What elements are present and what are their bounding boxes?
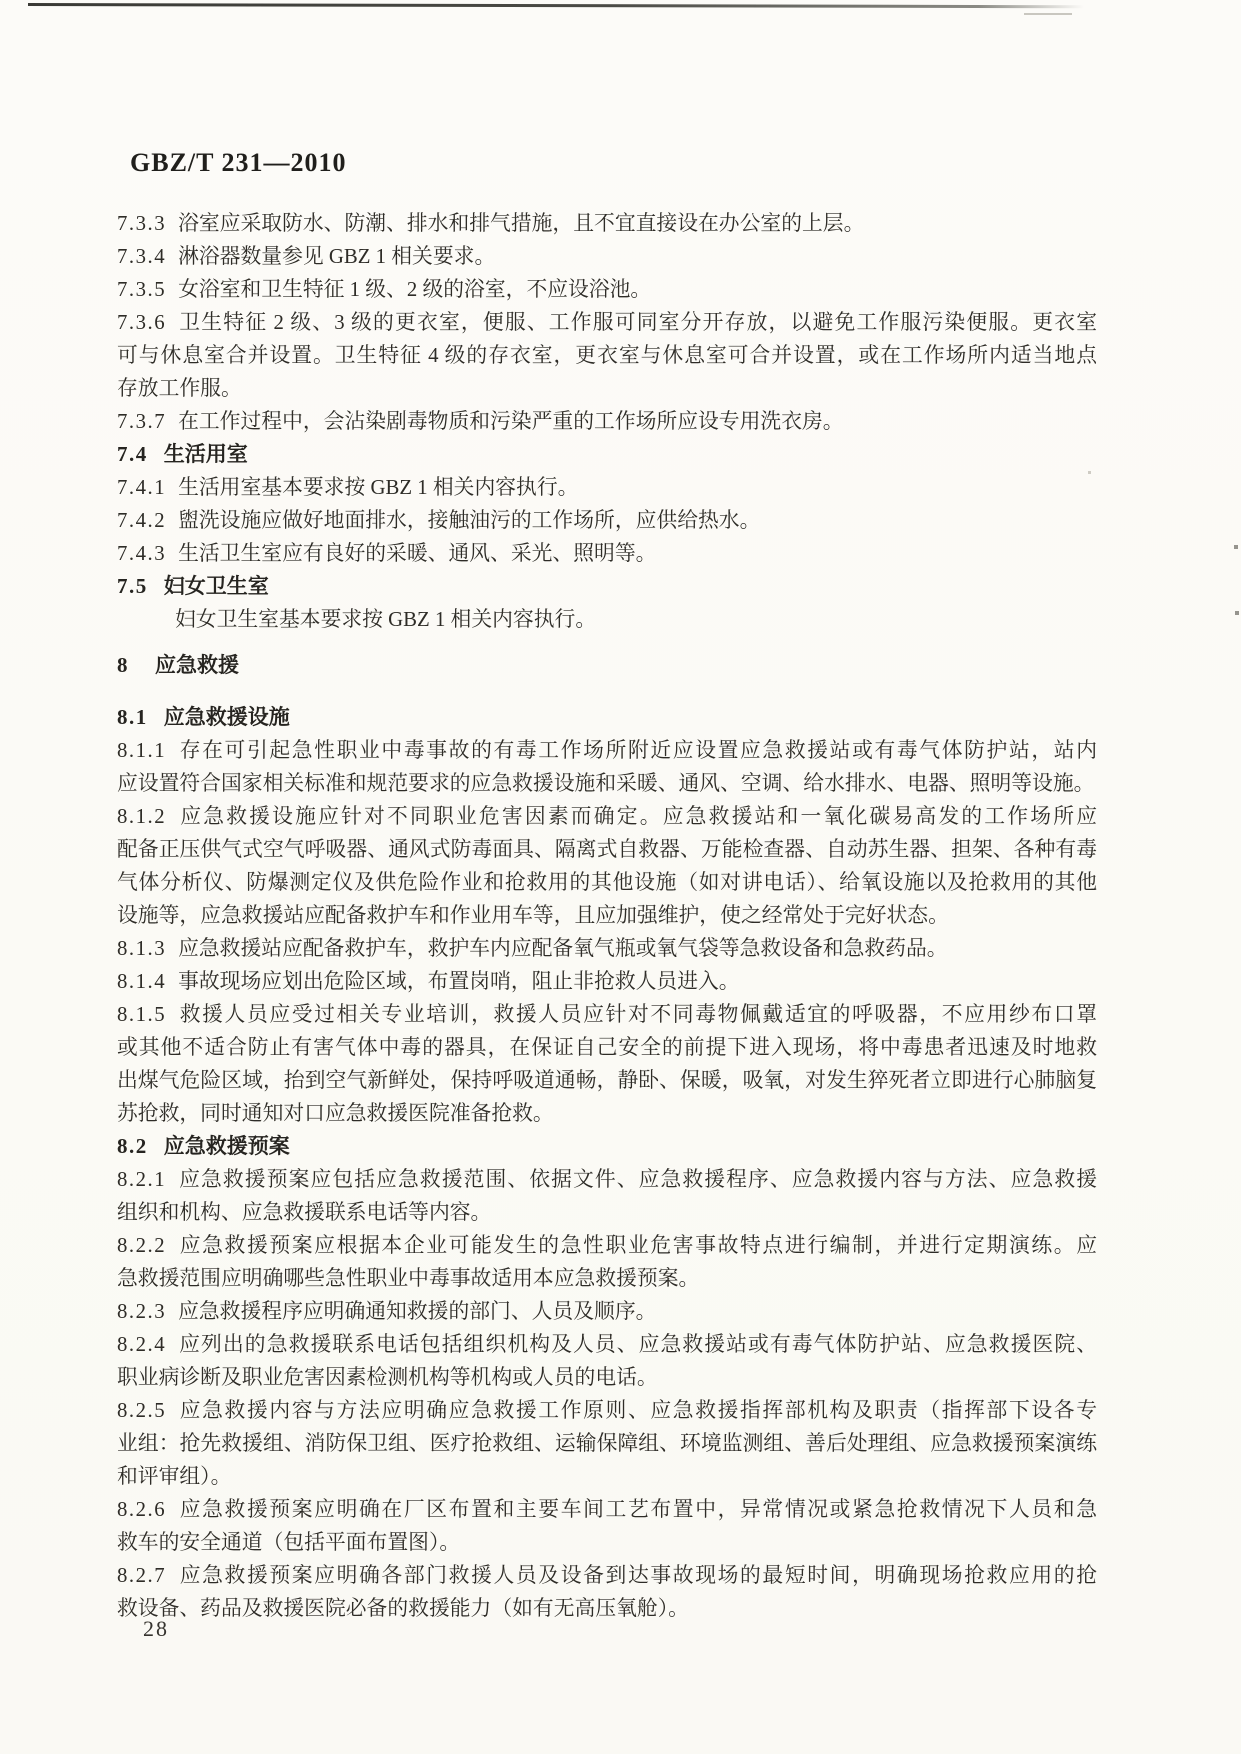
text-line: 8.2.2应急救援预案应根据本企业可能发生的急性职业危害事故特点进行编制，并进行…	[117, 1229, 1097, 1262]
clause-number: 8.2.4	[117, 1333, 166, 1356]
clause-number: 7.4.3	[117, 542, 166, 565]
clause-number: 8.1.4	[117, 970, 166, 993]
text-line: 8.1.4事故现场应划出危险区域，布置岗哨，阻止非抢救人员进入。	[117, 965, 1097, 998]
clause-text: 应急救援站应配备救护车，救护车内应配备氧气瓶或氧气袋等急救设备和急救药品。	[178, 937, 947, 960]
clause: 8.1.1存在可引起急性职业中毒事故的有毒工作场所附近应设置应急救援站或有毒气体…	[117, 734, 1097, 800]
scan-speck	[1234, 545, 1238, 549]
text-line: 7.3.5女浴室和卫生特征 1 级、2 级的浴室，不应设浴池。	[117, 273, 1097, 306]
page-number: 28	[143, 1616, 169, 1642]
clause-text: 业组：抢先救援组、消防保卫组、医疗抢救组、运输保障组、环境监测组、善后处理组、应…	[117, 1432, 1097, 1455]
text-line: 救车的安全通道（包括平面布置图）。	[117, 1526, 1097, 1559]
clause-text: 应急救援预案	[164, 1134, 290, 1158]
clause-text: 气体分析仪、防爆测定仪及供危险作业和抢救用的其他设施（如对讲电话）、给氧设施以及…	[117, 871, 1097, 894]
clause-text: 浴室应采取防水、防潮、排水和排气措施，且不宜直接设在办公室的上层。	[178, 212, 864, 235]
clause-text: 存在可引起急性职业中毒事故的有毒工作场所附近应设置应急救援站或有毒气体防护站，站…	[178, 739, 1097, 762]
clause-text: 和评审组）。	[117, 1465, 231, 1488]
text-line: 8.1应急救援设施	[117, 701, 1097, 734]
scanned-document-page: GBZ/T 231—2010 7.3.3浴室应采取防水、防潮、排水和排气措施，且…	[0, 0, 1241, 1754]
text-line: 8.2.6应急救援预案应明确在厂区布置和主要车间工艺布置中，异常情况或紧急抢救情…	[117, 1493, 1097, 1526]
text-line: 和评审组）。	[117, 1460, 1097, 1493]
clause-text: 女浴室和卫生特征 1 级、2 级的浴室，不应设浴池。	[178, 278, 651, 301]
clause: 7.3.5女浴室和卫生特征 1 级、2 级的浴室，不应设浴池。	[117, 273, 1097, 306]
clause-text: 应急救援内容与方法应明确应急救援工作原则、应急救援指挥部机构及职责（指挥部下设各…	[178, 1399, 1097, 1422]
clause: 7.3.4淋浴器数量参见 GBZ 1 相关要求。	[117, 240, 1097, 273]
clause-number: 7.3.7	[117, 410, 166, 433]
clause-text: 急救援范围应明确哪些急性职业中毒事故适用本应急救援预案。	[117, 1267, 699, 1290]
clause-number: 8.2.2	[117, 1234, 166, 1257]
clause-number: 7.4.1	[117, 476, 166, 499]
clause-number: 8.2	[117, 1134, 148, 1158]
section-heading: 8.2应急救援预案	[117, 1130, 1097, 1163]
clause-number: 8.2.1	[117, 1168, 166, 1191]
clause-text: 出煤气危险区域，抬到空气新鲜处，保持呼吸道通畅，静卧、保暖，吸氧，对发生猝死者立…	[117, 1069, 1097, 1092]
clause-number: 8.2.5	[117, 1399, 166, 1422]
chapter-heading: 8应急救援	[117, 649, 1097, 682]
text-line: 8应急救援	[117, 649, 1097, 682]
text-line: 8.2.5应急救援内容与方法应明确应急救援工作原则、应急救援指挥部机构及职责（指…	[117, 1394, 1097, 1427]
clause: 8.2.3应急救援程序应明确通知救援的部门、人员及顺序。	[117, 1295, 1097, 1328]
text-line: 7.4.3生活卫生室应有良好的采暖、通风、采光、照明等。	[117, 537, 1097, 570]
clause-text: 组织和机构、应急救援联系电话等内容。	[117, 1201, 491, 1224]
text-line: 8.2应急救援预案	[117, 1130, 1097, 1163]
text-line: 救设备、药品及救援医院必备的救援能力（如有无高压氧舱）。	[117, 1592, 1097, 1625]
text-line: 7.3.7在工作过程中，会沾染剧毒物质和污染严重的工作场所应设专用洗衣房。	[117, 405, 1097, 438]
clause-text: 应设置符合国家相关标准和规范要求的应急救援设施和采暖、通风、空调、给水排水、电器…	[117, 772, 1094, 795]
clause-number: 7.4.2	[117, 509, 166, 532]
clause-text: 或其他不适合防止有害气体中毒的器具，在保证自己安全的前提下进入现场，将中毒患者迅…	[117, 1036, 1097, 1059]
section-heading: 7.5妇女卫生室	[117, 570, 1097, 603]
clause-text: 配备正压供气式空气呼吸器、通风式防毒面具、隔离式自救器、万能检查器、自动苏生器、…	[117, 838, 1097, 861]
text-line: 8.1.3应急救援站应配备救护车，救护车内应配备氧气瓶或氧气袋等急救设备和急救药…	[117, 932, 1097, 965]
text-line: 7.4.2盥洗设施应做好地面排水，接触油污的工作场所，应供给热水。	[117, 504, 1097, 537]
text-line: 7.3.4淋浴器数量参见 GBZ 1 相关要求。	[117, 240, 1097, 273]
text-line: 或其他不适合防止有害气体中毒的器具，在保证自己安全的前提下进入现场，将中毒患者迅…	[117, 1031, 1097, 1064]
clause-text: 应急救援设施应针对不同职业危害因素而确定。应急救援站和一氧化碳易高发的工作场所应	[178, 805, 1097, 828]
clause: 8.1.5救援人员应受过相关专业培训，救援人员应针对不同毒物佩戴适宜的呼吸器，不…	[117, 998, 1097, 1130]
section-heading: 7.4生活用室	[117, 438, 1097, 471]
text-line: 妇女卫生室基本要求按 GBZ 1 相关内容执行。	[175, 603, 1097, 636]
text-line: 8.1.1存在可引起急性职业中毒事故的有毒工作场所附近应设置应急救援站或有毒气体…	[117, 734, 1097, 767]
clause: 8.2.5应急救援内容与方法应明确应急救援工作原则、应急救援指挥部机构及职责（指…	[117, 1394, 1097, 1493]
clause-text: 救设备、药品及救援医院必备的救援能力（如有无高压氧舱）。	[117, 1597, 689, 1620]
text-line: 气体分析仪、防爆测定仪及供危险作业和抢救用的其他设施（如对讲电话）、给氧设施以及…	[117, 866, 1097, 899]
clause-number: 8.2.3	[117, 1300, 166, 1323]
text-line: 组织和机构、应急救援联系电话等内容。	[117, 1196, 1097, 1229]
text-line: 配备正压供气式空气呼吸器、通风式防毒面具、隔离式自救器、万能检查器、自动苏生器、…	[117, 833, 1097, 866]
clause-number: 8.1.5	[117, 1003, 166, 1026]
clause-text: 应急救援设施	[164, 705, 290, 729]
clause: 8.2.4应列出的急救援联系电话包括组织机构及人员、应急救援站或有毒气体防护站、…	[117, 1328, 1097, 1394]
clause-number: 8.2.6	[117, 1498, 166, 1521]
clause: 8.2.7应急救援预案应明确各部门救援人员及设备到达事故现场的最短时间，明确现场…	[117, 1559, 1097, 1625]
text-line: 8.2.3应急救援程序应明确通知救援的部门、人员及顺序。	[117, 1295, 1097, 1328]
clause-text: 应急救援预案应明确在厂区布置和主要车间工艺布置中，异常情况或紧急抢救情况下人员和…	[178, 1498, 1097, 1521]
text-line: 7.4生活用室	[117, 438, 1097, 471]
section-heading: 8.1应急救援设施	[117, 701, 1097, 734]
clause-text: 生活用室	[164, 442, 248, 466]
document-body: 7.3.3浴室应采取防水、防潮、排水和排气措施，且不宜直接设在办公室的上层。7.…	[117, 207, 1097, 1625]
clause-text: 应列出的急救援联系电话包括组织机构及人员、应急救援站或有毒气体防护站、应急救援医…	[178, 1333, 1097, 1356]
text-line: 7.3.6卫生特征 2 级、3 级的更衣室，便服、工作服可同室分开存放，以避免工…	[117, 306, 1097, 339]
clause: 7.3.6卫生特征 2 级、3 级的更衣室，便服、工作服可同室分开存放，以避免工…	[117, 306, 1097, 405]
clause-number: 7.3.5	[117, 278, 166, 301]
text-line: 8.2.1应急救援预案应包括应急救援范围、依据文件、应急救援程序、应急救援内容与…	[117, 1163, 1097, 1196]
paragraph: 妇女卫生室基本要求按 GBZ 1 相关内容执行。	[117, 603, 1097, 636]
clause-number: 7.3.3	[117, 212, 166, 235]
clause-number: 8.1	[117, 705, 148, 729]
scan-artifact-dash	[1024, 13, 1072, 15]
clause-number: 8	[117, 653, 129, 677]
clause: 7.4.1生活用室基本要求按 GBZ 1 相关内容执行。	[117, 471, 1097, 504]
clause-text: 在工作过程中，会沾染剧毒物质和污染严重的工作场所应设专用洗衣房。	[178, 410, 844, 433]
clause-number: 7.4	[117, 442, 148, 466]
scan-artifact-line	[28, 3, 1084, 8]
text-line: 设施等，应急救援站应配备救护车和作业用车等，且应加强维护，使之经常处于完好状态。	[117, 899, 1097, 932]
clause-text: 应急救援预案应明确各部门救援人员及设备到达事故现场的最短时间，明确现场抢救应用的…	[178, 1564, 1097, 1587]
clause-text: 应急救援	[155, 653, 239, 677]
clause-text: 可与休息室合并设置。卫生特征 4 级的存衣室，更衣室与休息室可合并设置，或在工作…	[117, 344, 1097, 367]
text-line: 业组：抢先救援组、消防保卫组、医疗抢救组、运输保障组、环境监测组、善后处理组、应…	[117, 1427, 1097, 1460]
clause-text: 设施等，应急救援站应配备救护车和作业用车等，且应加强维护，使之经常处于完好状态。	[117, 904, 949, 927]
clause-number: 7.3.6	[117, 311, 166, 334]
clause-number: 8.2.7	[117, 1564, 166, 1587]
clause-number: 7.5	[117, 574, 148, 598]
clause-text: 事故现场应划出危险区域，布置岗哨，阻止非抢救人员进入。	[178, 970, 740, 993]
text-line: 急救援范围应明确哪些急性职业中毒事故适用本应急救援预案。	[117, 1262, 1097, 1295]
clause-number: 8.1.3	[117, 937, 166, 960]
clause: 8.2.6应急救援预案应明确在厂区布置和主要车间工艺布置中，异常情况或紧急抢救情…	[117, 1493, 1097, 1559]
clause: 7.4.3生活卫生室应有良好的采暖、通风、采光、照明等。	[117, 537, 1097, 570]
text-line: 7.3.3浴室应采取防水、防潮、排水和排气措施，且不宜直接设在办公室的上层。	[117, 207, 1097, 240]
text-line: 可与休息室合并设置。卫生特征 4 级的存衣室，更衣室与休息室可合并设置，或在工作…	[117, 339, 1097, 372]
text-line: 出煤气危险区域，抬到空气新鲜处，保持呼吸道通畅，静卧、保暖，吸氧，对发生猝死者立…	[117, 1064, 1097, 1097]
text-line: 应设置符合国家相关标准和规范要求的应急救援设施和采暖、通风、空调、给水排水、电器…	[117, 767, 1097, 800]
clause-text: 淋浴器数量参见 GBZ 1 相关要求。	[178, 245, 495, 268]
clause-number: 7.3.4	[117, 245, 166, 268]
clause: 8.1.3应急救援站应配备救护车，救护车内应配备氧气瓶或氧气袋等急救设备和急救药…	[117, 932, 1097, 965]
text-line: 职业病诊断及职业危害因素检测机构等机构或人员的电话。	[117, 1361, 1097, 1394]
document-code-header: GBZ/T 231—2010	[130, 148, 347, 178]
clause-text: 生活卫生室应有良好的采暖、通风、采光、照明等。	[178, 542, 656, 565]
clause: 8.1.2应急救援设施应针对不同职业危害因素而确定。应急救援站和一氧化碳易高发的…	[117, 800, 1097, 932]
clause-text: 盥洗设施应做好地面排水，接触油污的工作场所，应供给热水。	[178, 509, 760, 532]
clause: 8.1.4事故现场应划出危险区域，布置岗哨，阻止非抢救人员进入。	[117, 965, 1097, 998]
text-line: 8.1.5救援人员应受过相关专业培训，救援人员应针对不同毒物佩戴适宜的呼吸器，不…	[117, 998, 1097, 1031]
text-line: 7.5妇女卫生室	[117, 570, 1097, 603]
clause-text: 职业病诊断及职业危害因素检测机构等机构或人员的电话。	[117, 1366, 658, 1389]
clause-text: 生活用室基本要求按 GBZ 1 相关内容执行。	[178, 476, 578, 499]
clause-text: 救车的安全通道（包括平面布置图）。	[117, 1531, 460, 1554]
clause: 7.4.2盥洗设施应做好地面排水，接触油污的工作场所，应供给热水。	[117, 504, 1097, 537]
text-line: 8.2.7应急救援预案应明确各部门救援人员及设备到达事故现场的最短时间，明确现场…	[117, 1559, 1097, 1592]
text-line: 8.2.4应列出的急救援联系电话包括组织机构及人员、应急救援站或有毒气体防护站、…	[117, 1328, 1097, 1361]
clause-text: 妇女卫生室基本要求按 GBZ 1 相关内容执行。	[175, 608, 596, 631]
clause: 7.3.3浴室应采取防水、防潮、排水和排气措施，且不宜直接设在办公室的上层。	[117, 207, 1097, 240]
text-line: 8.1.2应急救援设施应针对不同职业危害因素而确定。应急救援站和一氧化碳易高发的…	[117, 800, 1097, 833]
text-line: 7.4.1生活用室基本要求按 GBZ 1 相关内容执行。	[117, 471, 1097, 504]
clause-number: 8.1.2	[117, 805, 166, 828]
clause-text: 苏抢救，同时通知对口应急救援医院准备抢救。	[117, 1102, 554, 1125]
clause-text: 应急救援预案应包括应急救援范围、依据文件、应急救援程序、应急救援内容与方法、应急…	[178, 1168, 1097, 1191]
clause: 7.3.7在工作过程中，会沾染剧毒物质和污染严重的工作场所应设专用洗衣房。	[117, 405, 1097, 438]
clause-text: 存放工作服。	[117, 377, 242, 400]
clause-number: 8.1.1	[117, 739, 166, 762]
clause-text: 卫生特征 2 级、3 级的更衣室，便服、工作服可同室分开存放，以避免工作服污染便…	[178, 311, 1097, 334]
text-line: 存放工作服。	[117, 372, 1097, 405]
text-line: 苏抢救，同时通知对口应急救援医院准备抢救。	[117, 1097, 1097, 1130]
clause-text: 救援人员应受过相关专业培训，救援人员应针对不同毒物佩戴适宜的呼吸器，不应用纱布口…	[178, 1003, 1097, 1026]
clause-text: 妇女卫生室	[164, 574, 269, 598]
scan-speck	[1235, 611, 1239, 615]
clause: 8.2.1应急救援预案应包括应急救援范围、依据文件、应急救援程序、应急救援内容与…	[117, 1163, 1097, 1229]
clause: 8.2.2应急救援预案应根据本企业可能发生的急性职业危害事故特点进行编制，并进行…	[117, 1229, 1097, 1295]
clause-text: 应急救援程序应明确通知救援的部门、人员及顺序。	[178, 1300, 656, 1323]
clause-text: 应急救援预案应根据本企业可能发生的急性职业危害事故特点进行编制，并进行定期演练。…	[178, 1234, 1097, 1257]
